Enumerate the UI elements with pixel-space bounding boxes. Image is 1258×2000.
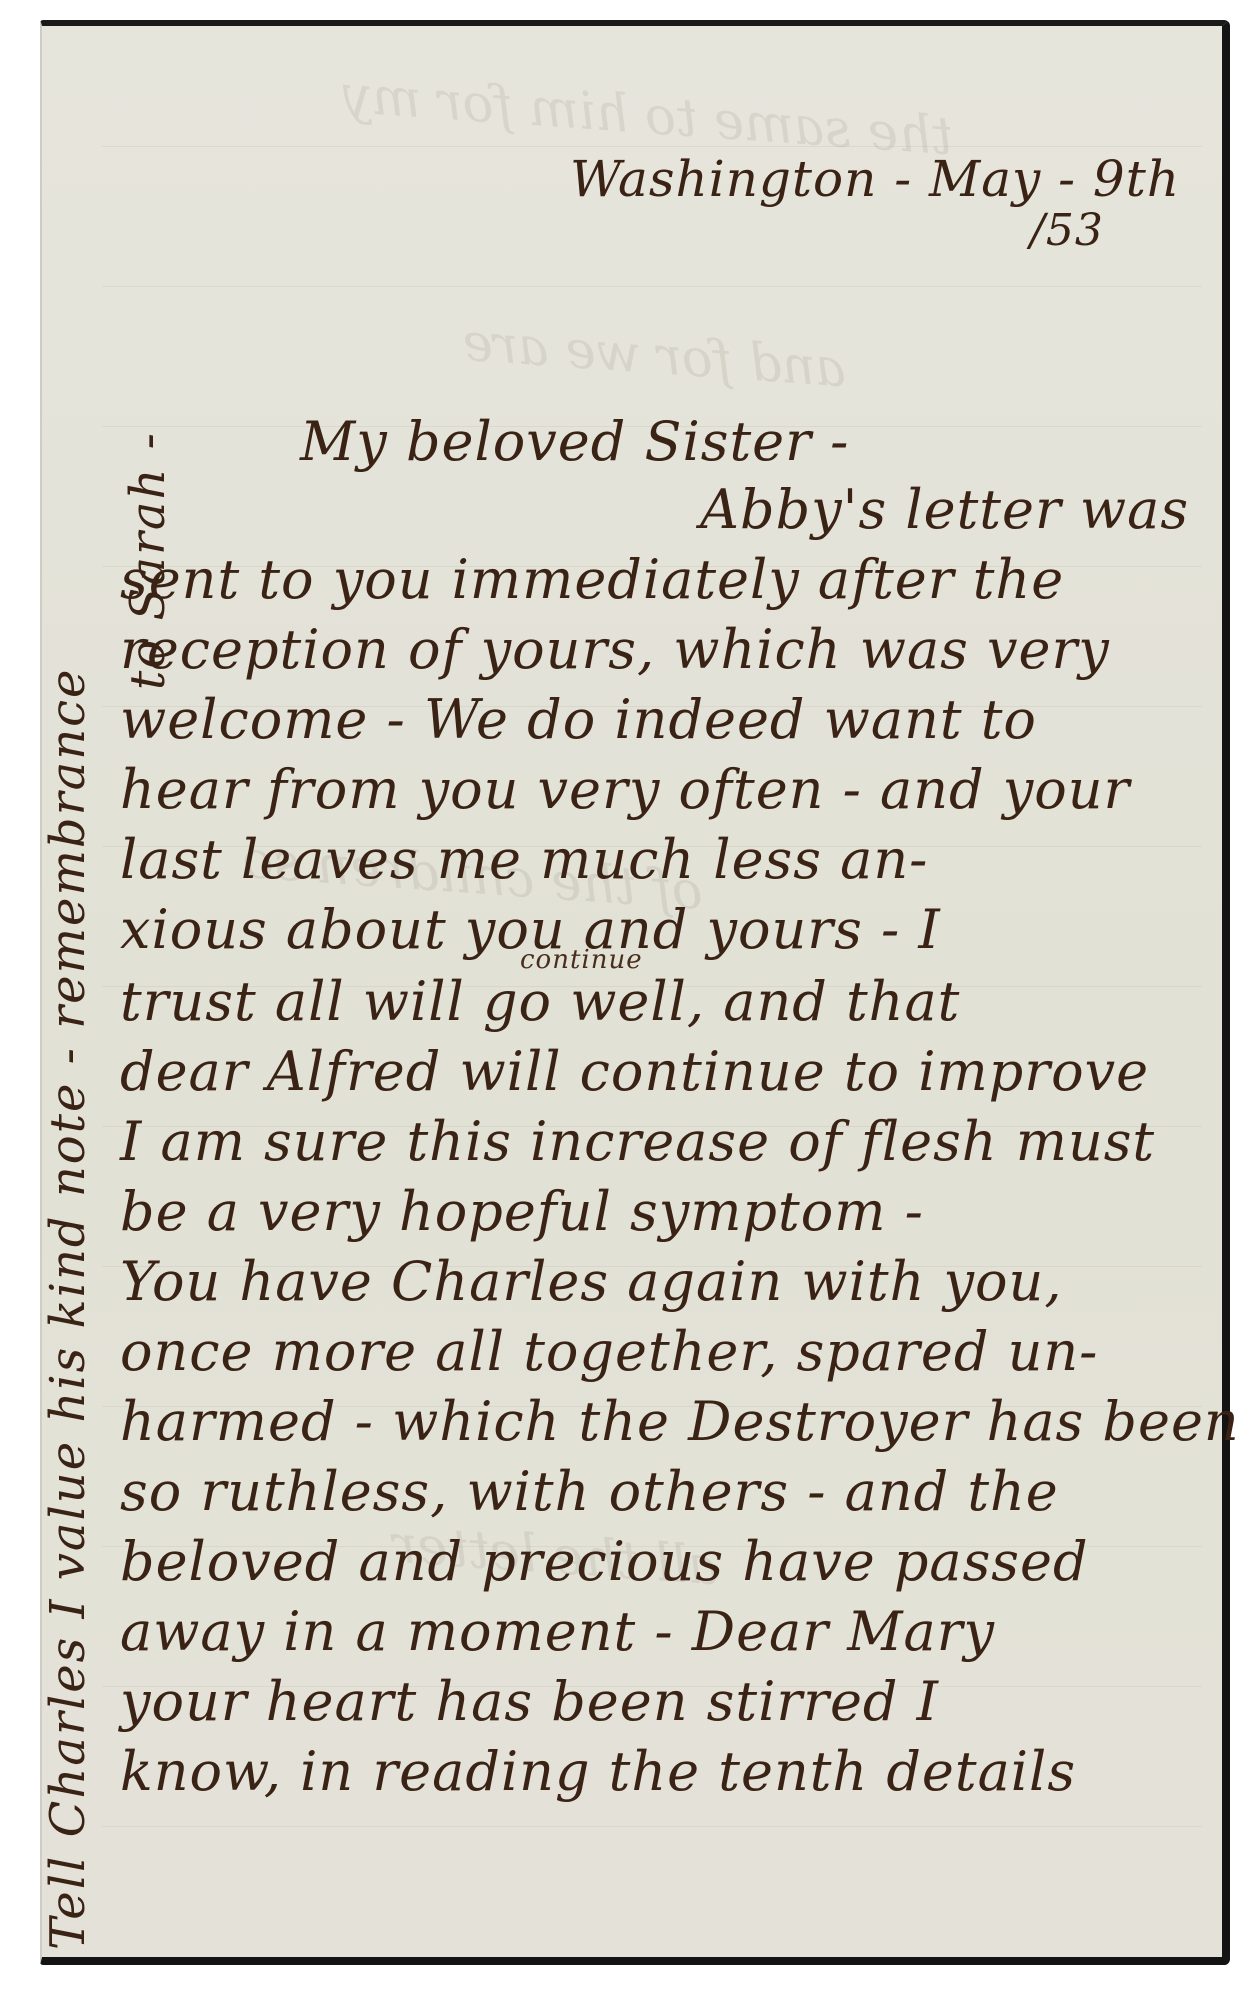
place-date: Washington - May - 9th [570, 150, 1180, 208]
letter-line: away in a moment - Dear Mary [120, 1600, 995, 1663]
letter-line: sent to you immediately after the [120, 548, 1064, 611]
letter-line: trust all will go well, and that [120, 970, 960, 1033]
letter-line: hear from you very often - and your [120, 758, 1130, 821]
letter-line: know, in reading the tenth details [120, 1740, 1076, 1803]
letter-line: so ruthless, with others - and the [120, 1460, 1059, 1523]
year: /53 [1030, 205, 1104, 256]
letter-line: beloved and precious have passed [120, 1530, 1089, 1593]
ruled-line [102, 286, 1202, 287]
letter-line: harmed - which the Destroyer has been [120, 1390, 1240, 1453]
margin-note-line-2: to Sarah - [120, 431, 176, 690]
letter-line: You have Charles again with you, [120, 1250, 1063, 1313]
letter-line: your heart has been stirred I [120, 1670, 939, 1733]
letter-line: last leaves me much less an- [120, 828, 928, 891]
letter-line: reception of yours, which was very [120, 618, 1110, 681]
letter-line: be a very hopeful symptom - [120, 1180, 924, 1243]
letter-line: I am sure this increase of flesh must [120, 1110, 1155, 1173]
margin-note-line-1: Tell Charles I value his kind note - rem… [40, 668, 96, 1950]
letter-line: once more all together, spared un- [120, 1320, 1098, 1383]
letter-line: welcome - We do indeed want to [120, 688, 1037, 751]
ruled-line [102, 1826, 1202, 1827]
salutation: My beloved Sister - [300, 410, 849, 473]
bleed-through: and for we are [460, 313, 848, 400]
letter-line: Abby's letter was [700, 478, 1189, 541]
letter-line: dear Alfred will continue to improve [120, 1040, 1149, 1103]
